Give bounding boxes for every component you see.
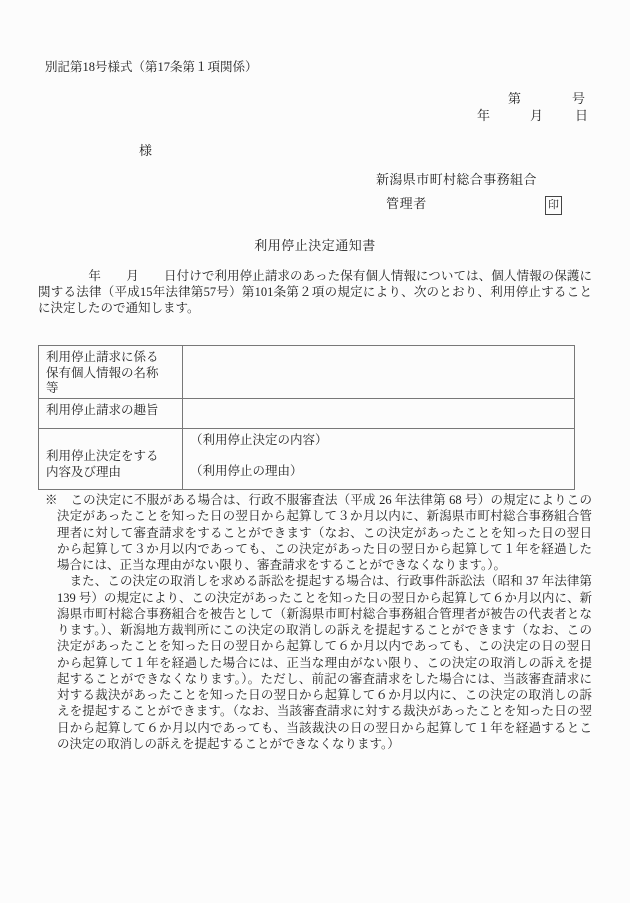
body-line: に決定したので通知します。 (38, 301, 592, 317)
note-line: の決定の取消しの訴えを提起することができなくなります。） (38, 736, 592, 752)
note-line: 起することができなくなります。）。ただし、前記の審査請求をした場合には、当該審査… (38, 671, 592, 687)
note-line: ※ この決定に不服がある場合は、行政不服審査法（平成 26 年法律第 68 号）… (38, 492, 592, 508)
note-line: から起算して１年を経過した場合には、正当な理由がない限り、この決定の取消しの訴え… (38, 655, 592, 671)
appeal-note: ※ この決定に不服がある場合は、行政不服審査法（平成 26 年法律第 68 号）… (38, 492, 592, 752)
note-line: から起算して３か月以内であっても、この決定があった日の翌日から起算して１年を経過… (38, 541, 592, 557)
document-page: 別記第18号様式（第17条第１項関係） 第 号 年 月 日 様 新潟県市町村総合… (0, 0, 630, 903)
note-line: 対する裁決があったことを知った日の翌日から起算して６か月以内に、この決定の取消し… (38, 687, 592, 703)
doc-number-suffix: 号 (572, 91, 585, 107)
note-line: えを提起することができます。（なお、当該審査請求に対する裁決があったことを知った… (38, 703, 592, 719)
row-value-decision-content: （利用停止決定の内容） （利用停止の理由） (183, 428, 574, 489)
seal-label: 印 (548, 199, 559, 211)
body-paragraph: 年 月 日付けで利用停止請求のあった保有個人情報については、個人情報の保護に 関… (38, 269, 592, 317)
row-value-request-purport (183, 398, 574, 428)
info-table: 利用停止請求に係る 保有個人情報の名称 等 利用停止請求の趣旨 利用停止決定をす… (38, 345, 575, 490)
doc-number-prefix: 第 (508, 91, 521, 107)
row-label-decision-content: 利用停止決定をする 内容及び理由 (39, 428, 183, 489)
note-line: ります。）、新潟地方裁判所にこの決定の取消しの訴えを提起することができます（なお… (38, 622, 592, 638)
date-year-label: 年 (477, 108, 490, 124)
note-line: 決定があったことを知った日の翌日から起算して３か月以内に、新潟県市町村総合事務組… (38, 508, 592, 524)
body-line: 年 月 日付けで利用停止請求のあった保有個人情報については、個人情報の保護に (38, 269, 592, 285)
issuer-organization: 新潟県市町村総合事務組合 (376, 172, 537, 188)
note-line: 理者に対して審査請求をすることができます（なお、この決定があったことを知った日の… (38, 525, 592, 541)
row-value-held-info-name (183, 346, 574, 398)
note-line: 場合には、正当な理由がない限り、審査請求をすることができなくなります。）。 (38, 557, 592, 573)
note-line: 139 号）の規定により、この決定があったことを知った日の翌日から起算して６か月… (38, 590, 592, 606)
date-day-label: 日 (575, 108, 588, 124)
body-line: 関する法律（平成15年法律第57号）第101条第２項の規定により、次のとおり、利… (38, 285, 592, 301)
note-line: また、この決定の取消しを求める訴訟を提起する場合は、行政事件訴訟法（昭和 37 … (38, 573, 592, 589)
note-line: 日から起算して６か月以内であっても、当該裁決の日の翌日から起算して１年を経過する… (38, 720, 592, 736)
row-label-request-purport: 利用停止請求の趣旨 (39, 398, 183, 428)
page-title: 利用停止決定通知書 (0, 238, 630, 254)
issuer-title: 管理者 (386, 196, 427, 212)
note-line: 潟県市町村総合事務組合を被告として（新潟県市町村総合事務組合管理者が被告の代表者… (38, 606, 592, 622)
note-line: 決定があったことを知った日の翌日から起算して６か月以内であっても、この決定の日の… (38, 638, 592, 654)
date-month-label: 月 (530, 108, 543, 124)
recipient-suffix: 様 (139, 143, 152, 159)
seal-box: 印 (545, 196, 562, 215)
form-number: 別記第18号様式（第17条第１項関係） (45, 59, 258, 75)
row-label-held-info-name: 利用停止請求に係る 保有個人情報の名称 等 (39, 346, 183, 398)
